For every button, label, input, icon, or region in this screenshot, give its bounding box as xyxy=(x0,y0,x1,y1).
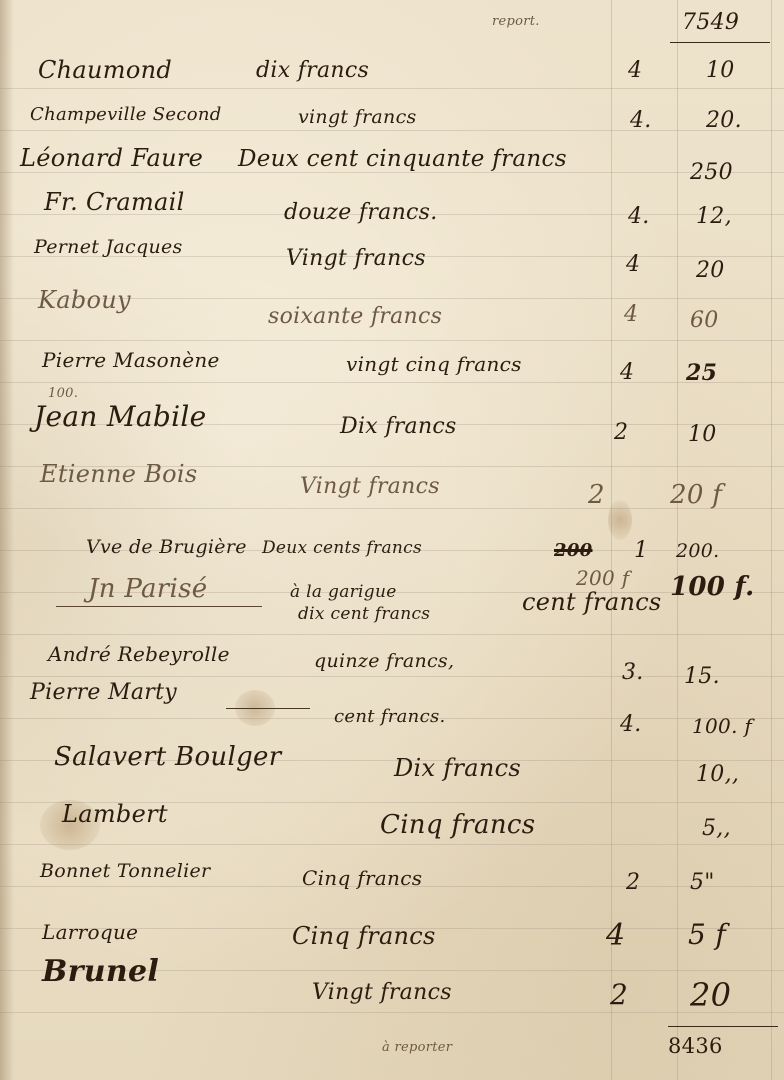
entry-name: Fr. Cramail xyxy=(44,188,185,216)
entry-description: Deux cent cinquante francs xyxy=(238,146,567,172)
entry-amount: 20 xyxy=(690,976,731,1014)
ruled-line xyxy=(0,844,784,845)
entry-name: Larroque xyxy=(42,920,138,944)
entry-overwrite: cent francs xyxy=(522,588,662,616)
entry-qty: 2 xyxy=(626,870,640,895)
entry-amount: 60 xyxy=(690,308,719,333)
entry-description: Cinq francs xyxy=(380,810,535,840)
entry-name: Pierre Masonène xyxy=(42,348,220,372)
entry-amount: 10,, xyxy=(696,762,739,787)
carry-over-total: 8436 xyxy=(668,1034,723,1058)
entry-name: André Rebeyrolle xyxy=(48,642,230,666)
entry-amount: 200. xyxy=(676,540,720,562)
entry-qty: 2 xyxy=(614,420,628,445)
entry-qty: 4 xyxy=(628,58,642,83)
entry-qty: 4. xyxy=(620,712,642,737)
entry-amount: 100 f. xyxy=(670,572,754,602)
ruled-line xyxy=(0,634,784,635)
entry-amount: 20 xyxy=(696,258,725,283)
entry-description: soixante francs xyxy=(268,304,442,329)
entry-description: vingt cinq francs xyxy=(346,352,522,376)
entry-qty: 2 xyxy=(588,480,605,510)
entry-description: Cinq francs xyxy=(292,922,436,950)
entry-name: Jean Mabile xyxy=(34,400,207,433)
entry-description: Dix francs xyxy=(394,754,521,782)
ruled-line xyxy=(0,172,784,173)
ruled-line xyxy=(0,1012,784,1013)
entry-description: Deux cents francs xyxy=(262,538,422,558)
entry-name: Etienne Bois xyxy=(40,460,197,488)
entry-name: Léonard Faure xyxy=(20,144,203,172)
entry-name: Chaumond xyxy=(38,56,172,84)
entry-name: Lambert xyxy=(62,800,168,828)
entry-name: Salavert Boulger xyxy=(54,742,281,772)
entry-name: Pierre Marty xyxy=(30,680,177,705)
entry-amount: 5" xyxy=(690,870,715,895)
margin-note: 100. xyxy=(48,386,78,401)
ledger-page: report. 7549 Chaumond dix francs 4 10 Ch… xyxy=(0,0,784,1080)
ruled-line xyxy=(0,88,784,89)
ruled-line xyxy=(0,676,784,677)
entry-description-line2: dix cent francs xyxy=(298,604,430,624)
entry-amount: 12, xyxy=(696,204,732,229)
entry-amount: 5,, xyxy=(702,816,731,841)
entry-amount: 20. xyxy=(706,108,742,133)
paper-stain xyxy=(608,500,632,540)
ruled-line xyxy=(0,508,784,509)
entry-description: Vingt francs xyxy=(312,980,452,1005)
entry-qty: 4. xyxy=(630,108,652,133)
name-underline xyxy=(56,606,262,607)
ruled-line xyxy=(0,340,784,341)
entry-name: Bonnet Tonnelier xyxy=(40,860,210,882)
total-underline xyxy=(668,1026,778,1027)
carry-forward-total: 7549 xyxy=(682,10,739,35)
entry-description: quinze francs, xyxy=(314,650,454,672)
entry-qty: 4 xyxy=(624,302,638,327)
entry-qty: 4 xyxy=(620,360,634,385)
entry-qty: 4. xyxy=(628,204,650,229)
entry-amount: 25 xyxy=(686,360,717,386)
entry-amount: 10 xyxy=(706,58,735,83)
entry-description: à la garigue xyxy=(290,582,397,602)
entry-name: Champeville Second xyxy=(30,104,222,125)
entry-description: douze francs. xyxy=(284,200,438,225)
faint-qty: 200 f xyxy=(576,566,629,590)
entry-description: Dix francs xyxy=(340,414,457,439)
entry-amount: 20 f xyxy=(670,480,722,510)
entry-amount: 100. f xyxy=(692,714,752,738)
entry-amount: 15. xyxy=(684,664,720,689)
entry-name: Kabouy xyxy=(38,286,131,314)
entry-amount: 10 xyxy=(688,422,717,447)
carry-over-label: à reporter xyxy=(382,1040,452,1055)
entry-qty: 4 xyxy=(626,252,640,277)
name-underline xyxy=(226,708,310,709)
entry-name: Brunel xyxy=(42,954,159,989)
column-line-right xyxy=(771,0,772,1080)
entry-amount: 250 xyxy=(690,160,733,185)
entry-amount: 5 f xyxy=(688,918,726,951)
carry-forward-label: report. xyxy=(492,14,540,29)
entry-description: dix francs xyxy=(256,58,369,83)
entry-qty: 1 xyxy=(634,538,648,563)
ruled-line xyxy=(0,382,784,383)
entry-description: Vingt francs xyxy=(300,474,440,499)
entry-description: Vingt francs xyxy=(286,246,426,271)
entry-name: Jn Parisé xyxy=(88,574,207,604)
entry-qty: 4 xyxy=(606,918,625,953)
entry-name: Pernet Jacques xyxy=(34,236,183,258)
total-underline xyxy=(670,42,770,43)
entry-description: Cinq francs xyxy=(302,866,422,890)
struck-qty: 200 xyxy=(554,540,592,561)
entry-name: Vve de Brugière xyxy=(86,536,247,558)
entry-description: vingt francs xyxy=(298,106,417,128)
page-edge-shadow xyxy=(0,0,14,1080)
ruled-line xyxy=(0,130,784,131)
entry-description: cent francs. xyxy=(334,706,446,727)
entry-qty: 3. xyxy=(622,660,644,685)
entry-qty: 2 xyxy=(610,978,628,1011)
